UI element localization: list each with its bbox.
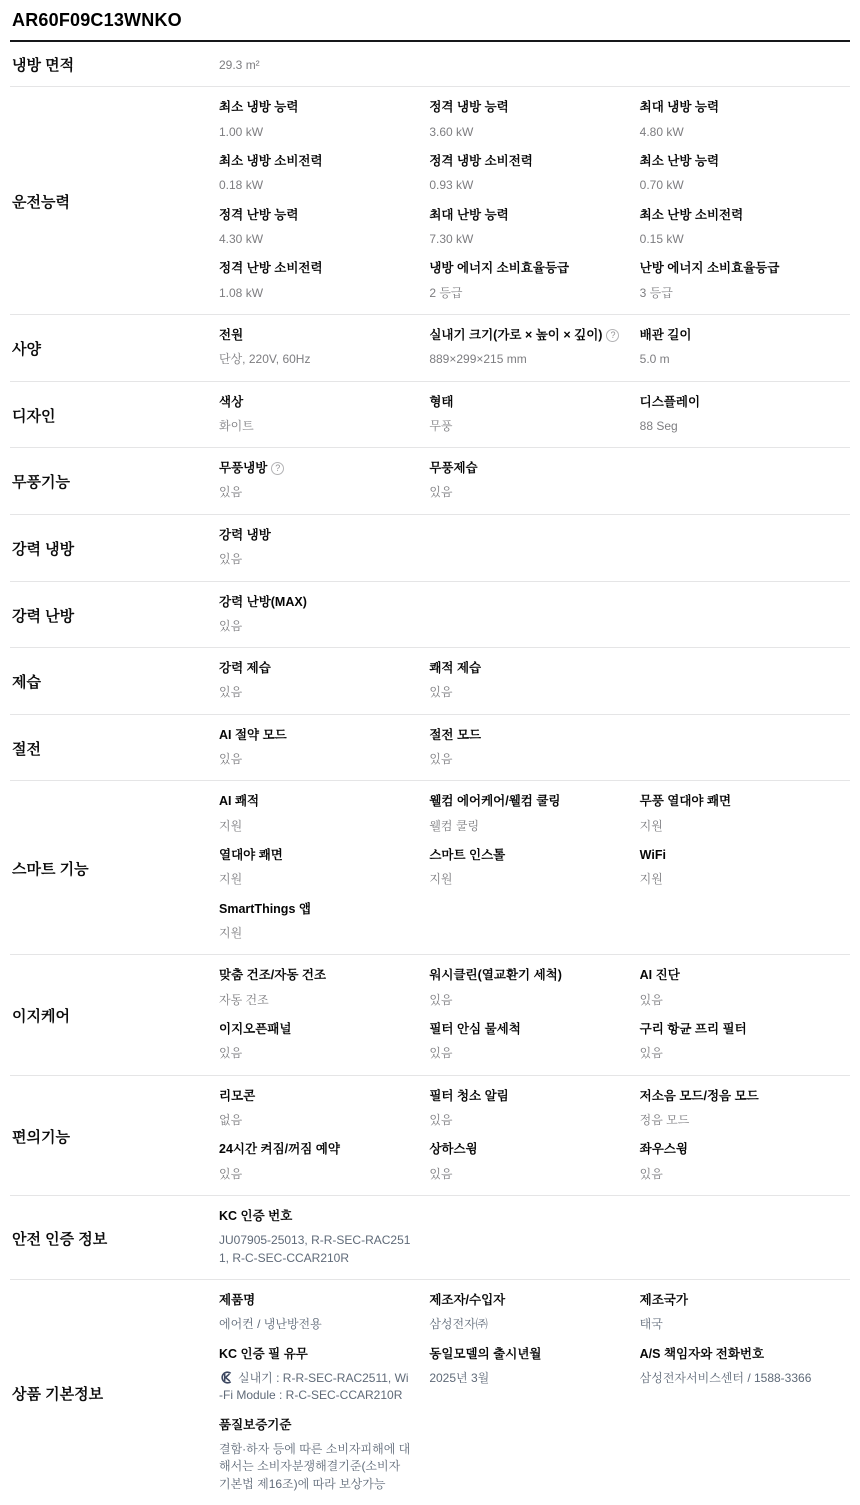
spec-value: JU07905-25013, R-R-SEC-RAC2511, R-C-SEC-… — [219, 1232, 411, 1267]
spec-item: 최대 냉방 능력4.80 kW — [640, 99, 832, 141]
spec-label: 상하스윙 — [429, 1141, 621, 1157]
spec-value: 실내기 : R-R-SEC-RAC2511, Wi-Fi Module : R-… — [219, 1370, 411, 1405]
spec-value: 있음 — [429, 684, 621, 701]
spec-value: 정음 모드 — [640, 1112, 832, 1129]
section-items: 제품명에어컨 / 냉난방전용제조자/수입자삼성전자㈜제조국가태국KC 인증 필 … — [219, 1288, 850, 1501]
spec-item: 강력 제습있음 — [219, 660, 411, 702]
spec-label: 필터 안심 물세척 — [429, 1021, 621, 1037]
section-row: 냉방 면적29.3 m² — [10, 42, 850, 87]
spec-label: 최대 난방 능력 — [429, 207, 621, 223]
section-items: 강력 제습있음쾌적 제습있음 — [219, 656, 850, 710]
section-label: 운전능력 — [10, 95, 219, 310]
spec-item: 전원단상, 220V, 60Hz — [219, 327, 411, 369]
spec-item: 웰컴 에어케어/웰컴 쿨링웰컴 쿨링 — [429, 793, 621, 835]
spec-label: AI 진단 — [640, 967, 832, 983]
spec-item: 무풍제습있음 — [429, 460, 621, 502]
spec-label: SmartThings 앱 — [219, 901, 411, 917]
section-label: 절전 — [10, 723, 219, 777]
spec-value: 무풍 — [429, 418, 621, 435]
spec-item: AI 쾌적지원 — [219, 793, 411, 835]
section-label: 사양 — [10, 323, 219, 377]
section-row: 제습강력 제습있음쾌적 제습있음 — [10, 648, 850, 715]
spec-value: 있음 — [429, 484, 621, 501]
spec-label: 맞춤 건조/자동 건조 — [219, 967, 411, 983]
spec-value: 지원 — [429, 871, 621, 888]
section-label: 편의기능 — [10, 1084, 219, 1191]
spec-value: 없음 — [219, 1112, 411, 1129]
section-label: 스마트 기능 — [10, 789, 219, 950]
spec-item: SmartThings 앱지원 — [219, 901, 411, 943]
spec-label: 24시간 켜짐/꺼짐 예약 — [219, 1141, 411, 1157]
spec-label: 워시클린(열교환기 세척) — [429, 967, 621, 983]
section-items: 리모콘없음필터 청소 알림있음저소음 모드/정음 모드정음 모드24시간 켜짐/… — [219, 1084, 850, 1191]
spec-label: 형태 — [429, 394, 621, 410]
spec-item: 색상화이트 — [219, 394, 411, 436]
spec-item: 정격 난방 능력4.30 kW — [219, 207, 411, 249]
spec-item: 최소 냉방 소비전력0.18 kW — [219, 153, 411, 195]
spec-label: A/S 책임자와 전화번호 — [640, 1346, 832, 1362]
spec-item: WiFi지원 — [640, 847, 832, 889]
spec-item: AI 절약 모드있음 — [219, 727, 411, 769]
spec-label: 쾌적 제습 — [429, 660, 621, 676]
spec-label: 구리 항균 프리 필터 — [640, 1021, 832, 1037]
spec-label: 색상 — [219, 394, 411, 410]
spec-item: 무풍 열대야 쾌면지원 — [640, 793, 832, 835]
section-items: 강력 냉방있음 — [219, 523, 850, 577]
spec-item: 최소 난방 능력0.70 kW — [640, 153, 832, 195]
spec-value: 삼성전자서비스센터 / 1588-3366 — [640, 1370, 832, 1387]
spec-item: 이지오픈패널있음 — [219, 1021, 411, 1063]
section-row: 사양전원단상, 220V, 60Hz실내기 크기(가로 × 높이 × 깊이)?8… — [10, 315, 850, 382]
spec-value: 88 Seg — [640, 418, 832, 435]
section-row: 운전능력최소 냉방 능력1.00 kW정격 냉방 능력3.60 kW최대 냉방 … — [10, 87, 850, 315]
section-label: 냉방 면적 — [10, 50, 219, 82]
spec-value: 1.00 kW — [219, 124, 411, 141]
spec-item: 배관 길이5.0 m — [640, 327, 832, 369]
spec-label: 열대야 쾌면 — [219, 847, 411, 863]
spec-value: 있음 — [219, 551, 411, 568]
section-items: AI 절약 모드있음절전 모드있음 — [219, 723, 850, 777]
spec-value: 0.18 kW — [219, 177, 411, 194]
kc-certification-mark-icon — [219, 1371, 234, 1384]
spec-value: 있음 — [429, 1112, 621, 1129]
spec-item: 강력 냉방있음 — [219, 527, 411, 569]
spec-value: 삼성전자㈜ — [429, 1316, 621, 1333]
spec-item: 강력 난방(MAX)있음 — [219, 594, 411, 636]
spec-item: 24시간 켜짐/꺼짐 예약있음 — [219, 1141, 411, 1183]
spec-label: 정격 난방 소비전력 — [219, 260, 411, 276]
spec-value: 0.70 kW — [640, 177, 832, 194]
spec-label: 정격 난방 능력 — [219, 207, 411, 223]
spec-item: 최대 난방 능력7.30 kW — [429, 207, 621, 249]
spec-value: 있음 — [640, 1166, 832, 1183]
spec-label: 정격 냉방 능력 — [429, 99, 621, 115]
spec-item: A/S 책임자와 전화번호삼성전자서비스센터 / 1588-3366 — [640, 1346, 832, 1405]
spec-value: 889×299×215 mm — [429, 351, 621, 368]
section-items: 강력 난방(MAX)있음 — [219, 590, 850, 644]
spec-label: 최소 난방 소비전력 — [640, 207, 832, 223]
spec-value: 자동 건조 — [219, 992, 411, 1009]
section-label: 디자인 — [10, 390, 219, 444]
section-items: 전원단상, 220V, 60Hz실내기 크기(가로 × 높이 × 깊이)?889… — [219, 323, 850, 377]
spec-item: 열대야 쾌면지원 — [219, 847, 411, 889]
section-items: 무풍냉방?있음무풍제습있음 — [219, 456, 850, 510]
spec-item: 최소 냉방 능력1.00 kW — [219, 99, 411, 141]
spec-item: 품질보증기준결함·하자 등에 따른 소비자피해에 대해서는 소비자분쟁해결기준(… — [219, 1417, 411, 1493]
spec-value: 있음 — [429, 1166, 621, 1183]
spec-item: 정격 냉방 능력3.60 kW — [429, 99, 621, 141]
spec-value: 3 등급 — [640, 285, 832, 302]
section-label: 무풍기능 — [10, 456, 219, 510]
spec-value: 7.30 kW — [429, 231, 621, 248]
spec-item: 쾌적 제습있음 — [429, 660, 621, 702]
spec-value: 있음 — [219, 684, 411, 701]
spec-value: 지원 — [219, 925, 411, 942]
spec-label: 필터 청소 알림 — [429, 1088, 621, 1104]
section-row: 편의기능리모콘없음필터 청소 알림있음저소음 모드/정음 모드정음 모드24시간… — [10, 1076, 850, 1196]
spec-label: AI 절약 모드 — [219, 727, 411, 743]
spec-value: 0.93 kW — [429, 177, 621, 194]
spec-value: 단상, 220V, 60Hz — [219, 351, 411, 368]
spec-label: WiFi — [640, 847, 832, 863]
spec-item: 냉방 에너지 소비효율등급2 등급 — [429, 260, 621, 302]
spec-item: 제품명에어컨 / 냉난방전용 — [219, 1292, 411, 1334]
spec-item: 좌우스윙있음 — [640, 1141, 832, 1183]
spec-value: 있음 — [429, 992, 621, 1009]
spec-item: 형태무풍 — [429, 394, 621, 436]
page-title: AR60F09C13WNKO — [10, 0, 850, 40]
spec-item: 구리 항균 프리 필터있음 — [640, 1021, 832, 1063]
section-label: 강력 난방 — [10, 590, 219, 644]
section-label: 안전 인증 정보 — [10, 1204, 219, 1275]
spec-label: 전원 — [219, 327, 411, 343]
spec-item: 무풍냉방?있음 — [219, 460, 411, 502]
spec-value: 있음 — [219, 484, 411, 501]
spec-value: 있음 — [219, 751, 411, 768]
spec-value: 29.3 m² — [219, 57, 411, 74]
section-items: 29.3 m² — [219, 50, 850, 82]
spec-item: 스마트 인스톨지원 — [429, 847, 621, 889]
spec-label: 제품명 — [219, 1292, 411, 1308]
spec-label: 절전 모드 — [429, 727, 621, 743]
spec-label: 동일모델의 출시년월 — [429, 1346, 621, 1362]
spec-item: 디스플레이88 Seg — [640, 394, 832, 436]
spec-label: 리모콘 — [219, 1088, 411, 1104]
spec-item: 난방 에너지 소비효율등급3 등급 — [640, 260, 832, 302]
spec-label: 최소 냉방 능력 — [219, 99, 411, 115]
section-row: 안전 인증 정보KC 인증 번호JU07905-25013, R-R-SEC-R… — [10, 1196, 850, 1280]
spec-item: 동일모델의 출시년월2025년 3월 — [429, 1346, 621, 1405]
section-row: 강력 냉방강력 냉방있음 — [10, 515, 850, 582]
spec-item: 저소음 모드/정음 모드정음 모드 — [640, 1088, 832, 1130]
spec-label: KC 인증 필 유무 — [219, 1346, 411, 1362]
spec-label: KC 인증 번호 — [219, 1208, 411, 1224]
spec-label: 디스플레이 — [640, 394, 832, 410]
section-label: 제습 — [10, 656, 219, 710]
spec-item: 필터 청소 알림있음 — [429, 1088, 621, 1130]
spec-value: 4.80 kW — [640, 124, 832, 141]
spec-label: 난방 에너지 소비효율등급 — [640, 260, 832, 276]
spec-item: 리모콘없음 — [219, 1088, 411, 1130]
spec-item: 필터 안심 물세척있음 — [429, 1021, 621, 1063]
spec-label: 이지오픈패널 — [219, 1021, 411, 1037]
spec-item: 제조국가태국 — [640, 1292, 832, 1334]
spec-value: 있음 — [219, 1166, 411, 1183]
spec-label: 강력 제습 — [219, 660, 411, 676]
section-items: AI 쾌적지원웰컴 에어케어/웰컴 쿨링웰컴 쿨링무풍 열대야 쾌면지원열대야 … — [219, 789, 850, 950]
spec-value: 1.08 kW — [219, 285, 411, 302]
spec-label: 강력 냉방 — [219, 527, 411, 543]
spec-label: 무풍냉방? — [219, 460, 411, 476]
spec-item: 절전 모드있음 — [429, 727, 621, 769]
spec-item: 실내기 크기(가로 × 높이 × 깊이)?889×299×215 mm — [429, 327, 621, 369]
spec-value: 있음 — [219, 1045, 411, 1062]
spec-item: 제조자/수입자삼성전자㈜ — [429, 1292, 621, 1334]
spec-item: 워시클린(열교환기 세척)있음 — [429, 967, 621, 1009]
spec-label: 제조자/수입자 — [429, 1292, 621, 1308]
spec-label: 최소 냉방 소비전력 — [219, 153, 411, 169]
spec-label: 무풍제습 — [429, 460, 621, 476]
spec-value: 있음 — [640, 992, 832, 1009]
section-row: 스마트 기능AI 쾌적지원웰컴 에어케어/웰컴 쿨링웰컴 쿨링무풍 열대야 쾌면… — [10, 781, 850, 955]
section-row: 절전AI 절약 모드있음절전 모드있음 — [10, 715, 850, 782]
spec-value: 지원 — [219, 871, 411, 888]
spec-value: 5.0 m — [640, 351, 832, 368]
section-items: 최소 냉방 능력1.00 kW정격 냉방 능력3.60 kW최대 냉방 능력4.… — [219, 95, 850, 310]
spec-value: 태국 — [640, 1316, 832, 1333]
spec-label: 배관 길이 — [640, 327, 832, 343]
spec-value: 2 등급 — [429, 285, 621, 302]
spec-item: 최소 난방 소비전력0.15 kW — [640, 207, 832, 249]
spec-item: KC 인증 필 유무실내기 : R-R-SEC-RAC2511, Wi-Fi M… — [219, 1346, 411, 1405]
help-icon[interactable]: ? — [606, 329, 619, 342]
spec-label: 무풍 열대야 쾌면 — [640, 793, 832, 809]
section-row: 강력 난방강력 난방(MAX)있음 — [10, 582, 850, 649]
spec-value: 0.15 kW — [640, 231, 832, 248]
spec-value: 있음 — [219, 618, 411, 635]
spec-label: 정격 냉방 소비전력 — [429, 153, 621, 169]
spec-value: 지원 — [219, 818, 411, 835]
spec-item: 정격 난방 소비전력1.08 kW — [219, 260, 411, 302]
spec-value: 있음 — [640, 1045, 832, 1062]
section-label: 강력 냉방 — [10, 523, 219, 577]
spec-label: 최대 냉방 능력 — [640, 99, 832, 115]
section-items: 색상화이트형태무풍디스플레이88 Seg — [219, 390, 850, 444]
section-label: 상품 기본정보 — [10, 1288, 219, 1501]
spec-value: 지원 — [640, 871, 832, 888]
spec-value: 지원 — [640, 818, 832, 835]
section-items: 맞춤 건조/자동 건조자동 건조워시클린(열교환기 세척)있음AI 진단있음이지… — [219, 963, 850, 1070]
spec-item: AI 진단있음 — [640, 967, 832, 1009]
spec-item: 정격 냉방 소비전력0.93 kW — [429, 153, 621, 195]
spec-label: 저소음 모드/정음 모드 — [640, 1088, 832, 1104]
spec-value: 화이트 — [219, 418, 411, 435]
spec-label: 품질보증기준 — [219, 1417, 411, 1433]
spec-item: 상하스윙있음 — [429, 1141, 621, 1183]
spec-item: KC 인증 번호JU07905-25013, R-R-SEC-RAC2511, … — [219, 1208, 411, 1267]
spec-value: 있음 — [429, 751, 621, 768]
section-row: 무풍기능무풍냉방?있음무풍제습있음 — [10, 448, 850, 515]
section-row: 상품 기본정보제품명에어컨 / 냉난방전용제조자/수입자삼성전자㈜제조국가태국K… — [10, 1280, 850, 1505]
spec-label: 좌우스윙 — [640, 1141, 832, 1157]
spec-item: 맞춤 건조/자동 건조자동 건조 — [219, 967, 411, 1009]
section-items: KC 인증 번호JU07905-25013, R-R-SEC-RAC2511, … — [219, 1204, 850, 1275]
spec-label: 스마트 인스톨 — [429, 847, 621, 863]
spec-value: 4.30 kW — [219, 231, 411, 248]
section-row: 디자인색상화이트형태무풍디스플레이88 Seg — [10, 382, 850, 449]
spec-value: 2025년 3월 — [429, 1370, 621, 1387]
spec-label: 강력 난방(MAX) — [219, 594, 411, 610]
spec-label: AI 쾌적 — [219, 793, 411, 809]
spec-label: 제조국가 — [640, 1292, 832, 1308]
spec-item: 29.3 m² — [219, 54, 411, 74]
spec-label: 웰컴 에어케어/웰컴 쿨링 — [429, 793, 621, 809]
spec-value: 있음 — [429, 1045, 621, 1062]
spec-value: 결함·하자 등에 따른 소비자피해에 대해서는 소비자분쟁해결기준(소비자기본법… — [219, 1441, 411, 1493]
help-icon[interactable]: ? — [271, 462, 284, 475]
section-label: 이지케어 — [10, 963, 219, 1070]
spec-value: 에어컨 / 냉난방전용 — [219, 1316, 411, 1333]
spec-label: 최소 난방 능력 — [640, 153, 832, 169]
spec-label: 실내기 크기(가로 × 높이 × 깊이)? — [429, 327, 621, 343]
spec-value: 3.60 kW — [429, 124, 621, 141]
spec-label: 냉방 에너지 소비효율등급 — [429, 260, 621, 276]
product-spec-page: AR60F09C13WNKO 냉방 면적29.3 m²운전능력최소 냉방 능력1… — [0, 0, 860, 1505]
spec-value: 웰컴 쿨링 — [429, 818, 621, 835]
spec-table: 냉방 면적29.3 m²운전능력최소 냉방 능력1.00 kW정격 냉방 능력3… — [10, 42, 850, 1505]
section-row: 이지케어맞춤 건조/자동 건조자동 건조워시클린(열교환기 세척)있음AI 진단… — [10, 955, 850, 1075]
